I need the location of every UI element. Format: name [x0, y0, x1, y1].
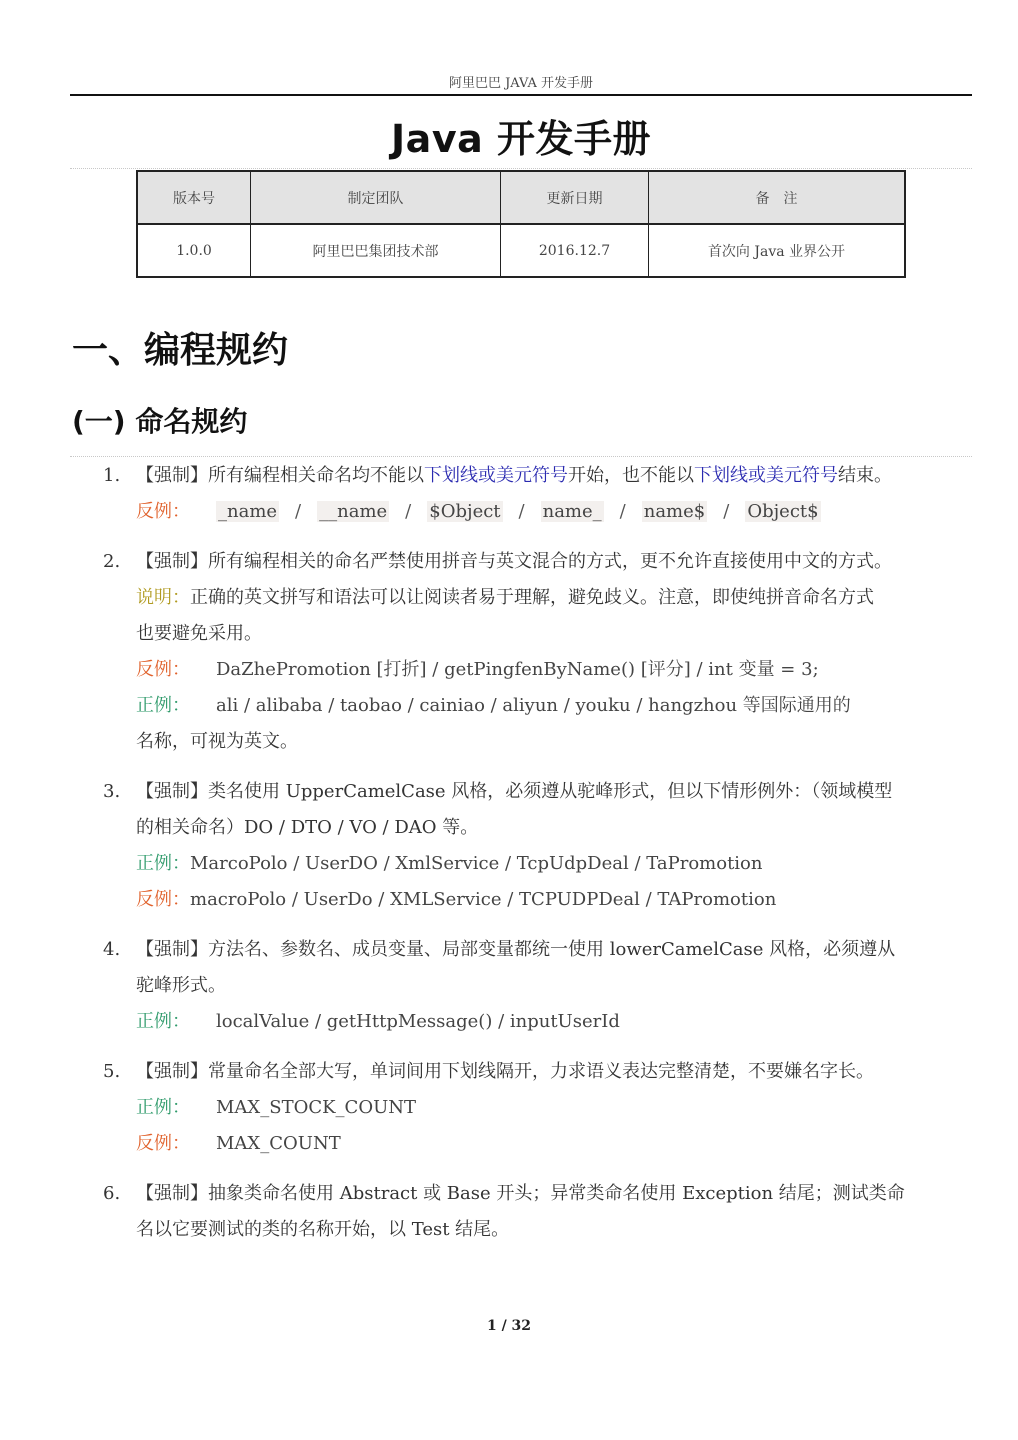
column-header-team: 制定团队	[251, 171, 501, 224]
text-fragment: 方法名、参数名、成员变量、局部变量都统一使用 lowerCamelCase 风格…	[208, 939, 895, 960]
code-sample: macroPolo / UserDo / XMLService / TCPUDP…	[190, 889, 776, 910]
mandatory-tag: 【强制】	[136, 465, 208, 486]
counter-example-line: 反例：DaZhePromotion [打折] / getPingfenByNam…	[136, 652, 978, 688]
rule-text-continuation: 的相关命名）DO / DTO / VO / DAO 等。	[136, 810, 978, 846]
table-row: 1.0.0 阿里巴巴集团技术部 2016.12.7 首次向 Java 业界公开	[137, 224, 905, 277]
rule-text: 【强制】所有编程相关的命名严禁使用拼音与英文混合的方式，更不允许直接使用中文的方…	[136, 544, 978, 580]
counter-example-label: 反例：	[136, 889, 190, 910]
counter-example-label: 反例：	[136, 652, 216, 688]
document-title: Java 开发手册	[70, 108, 972, 163]
positive-example-line: 正例：ali / alibaba / taobao / cainiao / al…	[136, 688, 978, 724]
counter-example-line: 反例：macroPolo / UserDo / XMLService / TCP…	[136, 882, 978, 918]
separator: /	[405, 501, 411, 522]
rule-item-6: 6. 【强制】抽象类命名使用 Abstract 或 Base 开头；异常类命名使…	[98, 1176, 978, 1248]
rule-text: 【强制】类名使用 UpperCamelCase 风格，必须遵从驼峰形式，但以下情…	[136, 774, 978, 810]
code-sample: MAX_STOCK_COUNT	[216, 1097, 416, 1118]
code-sample: name$	[642, 501, 708, 522]
rule-text: 【强制】抽象类命名使用 Abstract 或 Base 开头；异常类命名使用 E…	[136, 1176, 978, 1212]
text-fragment: 类名使用 UpperCamelCase 风格，必须遵从驼峰形式，但以下情形例外：…	[208, 781, 892, 802]
code-sample: name_	[541, 501, 604, 522]
rule-number: 5.	[103, 1054, 120, 1090]
cell-date: 2016.12.7	[501, 224, 649, 277]
code-sample: __name	[317, 501, 389, 522]
positive-example-line: 正例：localValue / getHttpMessage() / input…	[136, 1004, 978, 1040]
counter-example-line: 反例：MAX_COUNT	[136, 1126, 978, 1162]
positive-example-line: 正例：MarcoPolo / UserDO / XmlService / Tcp…	[136, 846, 978, 882]
rule-item-3: 3. 【强制】类名使用 UpperCamelCase 风格，必须遵从驼峰形式，但…	[98, 774, 978, 918]
rule-item-5: 5. 【强制】常量命名全部大写，单词间用下划线隔开，力求语义表达完整清楚，不要嫌…	[98, 1054, 978, 1162]
text-fragment: 正确的英文拼写和语法可以让阅读者易于理解，避免歧义。注意，即使纯拼音命名方式	[190, 587, 874, 608]
mandatory-tag: 【强制】	[136, 781, 208, 802]
explanation-continuation: 也要避免采用。	[136, 616, 978, 652]
rule-number: 1.	[103, 458, 120, 494]
rule-number: 4.	[103, 932, 120, 968]
cell-notes: 首次向 Java 业界公开	[649, 224, 906, 277]
rule-text-continuation: 驼峰形式。	[136, 968, 978, 1004]
dotted-divider	[70, 168, 972, 169]
positive-example-line: 正例：MAX_STOCK_COUNT	[136, 1090, 978, 1126]
rule-number: 6.	[103, 1176, 120, 1212]
counter-example-label: 反例：	[136, 1126, 216, 1162]
rule-number: 2.	[103, 544, 120, 580]
code-sample: _name	[216, 501, 279, 522]
code-sample: $Object	[427, 501, 502, 522]
text-fragment: 所有编程相关的命名严禁使用拼音与英文混合的方式，更不允许直接使用中文的方式。	[208, 551, 892, 572]
code-sample: MAX_COUNT	[216, 1133, 341, 1154]
rule-number: 3.	[103, 774, 120, 810]
cell-version: 1.0.0	[137, 224, 251, 277]
counter-example-label: 反例：	[136, 494, 216, 530]
highlight-text: 下划线或美元符号	[424, 465, 568, 486]
running-header: 阿里巴巴 JAVA 开发手册	[70, 72, 972, 91]
code-sample: localValue / getHttpMessage() / inputUse…	[216, 1011, 620, 1032]
rule-item-2: 2. 【强制】所有编程相关的命名严禁使用拼音与英文混合的方式，更不允许直接使用中…	[98, 544, 978, 760]
rules-list: 1. 【强制】所有编程相关命名均不能以下划线或美元符号开始，也不能以下划线或美元…	[98, 458, 978, 1262]
positive-example-label: 正例：	[136, 853, 190, 874]
text-fragment: 开始，也不能以	[568, 465, 694, 486]
text-fragment: 结束。	[838, 465, 892, 486]
version-table: 版本号 制定团队 更新日期 备 注 1.0.0 阿里巴巴集团技术部 2016.1…	[136, 170, 906, 278]
explanation-line: 说明：正确的英文拼写和语法可以让阅读者易于理解，避免歧义。注意，即使纯拼音命名方…	[136, 580, 978, 616]
column-header-version: 版本号	[137, 171, 251, 224]
column-header-notes: 备 注	[649, 171, 906, 224]
rule-text: 【强制】常量命名全部大写，单词间用下划线隔开，力求语义表达完整清楚，不要嫌名字长…	[136, 1054, 978, 1090]
text-fragment: 常量命名全部大写，单词间用下划线隔开，力求语义表达完整清楚，不要嫌名字长。	[208, 1061, 874, 1082]
code-sample: DaZhePromotion [打折] / getPingfenByName()…	[216, 659, 819, 680]
column-header-date: 更新日期	[501, 171, 649, 224]
mandatory-tag: 【强制】	[136, 1061, 208, 1082]
highlight-text: 下划线或美元符号	[694, 465, 838, 486]
header-divider	[70, 94, 972, 96]
mandatory-tag: 【强制】	[136, 551, 208, 572]
subsection-heading: (一) 命名规约	[72, 400, 247, 440]
separator: /	[519, 501, 525, 522]
section-heading: 一、编程规约	[72, 322, 288, 373]
counter-example-line: 反例：_name/__name/$Object/name_/name$/Obje…	[136, 494, 978, 530]
dotted-divider	[70, 456, 972, 457]
rule-text-continuation: 名以它要测试的类的名称开始，以 Test 结尾。	[136, 1212, 978, 1248]
positive-example-label: 正例：	[136, 688, 216, 724]
text-fragment: 所有编程相关命名均不能以	[208, 465, 424, 486]
code-sample: ali / alibaba / taobao / cainiao / aliyu…	[216, 695, 851, 716]
rule-text: 【强制】方法名、参数名、成员变量、局部变量都统一使用 lowerCamelCas…	[136, 932, 978, 968]
code-sample: MarcoPolo / UserDO / XmlService / TcpUdp…	[190, 853, 762, 874]
cell-team: 阿里巴巴集团技术部	[251, 224, 501, 277]
table-header-row: 版本号 制定团队 更新日期 备 注	[137, 171, 905, 224]
separator: /	[620, 501, 626, 522]
positive-example-label: 正例：	[136, 1004, 216, 1040]
text-fragment: 抽象类命名使用 Abstract 或 Base 开头；异常类命名使用 Excep…	[208, 1183, 905, 1204]
separator: /	[295, 501, 301, 522]
code-sample: Object$	[745, 501, 820, 522]
positive-example-continuation: 名称，可视为英文。	[136, 724, 978, 760]
rule-text: 【强制】所有编程相关命名均不能以下划线或美元符号开始，也不能以下划线或美元符号结…	[136, 458, 978, 494]
positive-example-label: 正例：	[136, 1090, 216, 1126]
separator: /	[723, 501, 729, 522]
rule-item-1: 1. 【强制】所有编程相关命名均不能以下划线或美元符号开始，也不能以下划线或美元…	[98, 458, 978, 530]
page-number: 1 / 32	[0, 1318, 1018, 1334]
mandatory-tag: 【强制】	[136, 939, 208, 960]
mandatory-tag: 【强制】	[136, 1183, 208, 1204]
explanation-label: 说明：	[136, 587, 190, 608]
rule-item-4: 4. 【强制】方法名、参数名、成员变量、局部变量都统一使用 lowerCamel…	[98, 932, 978, 1040]
